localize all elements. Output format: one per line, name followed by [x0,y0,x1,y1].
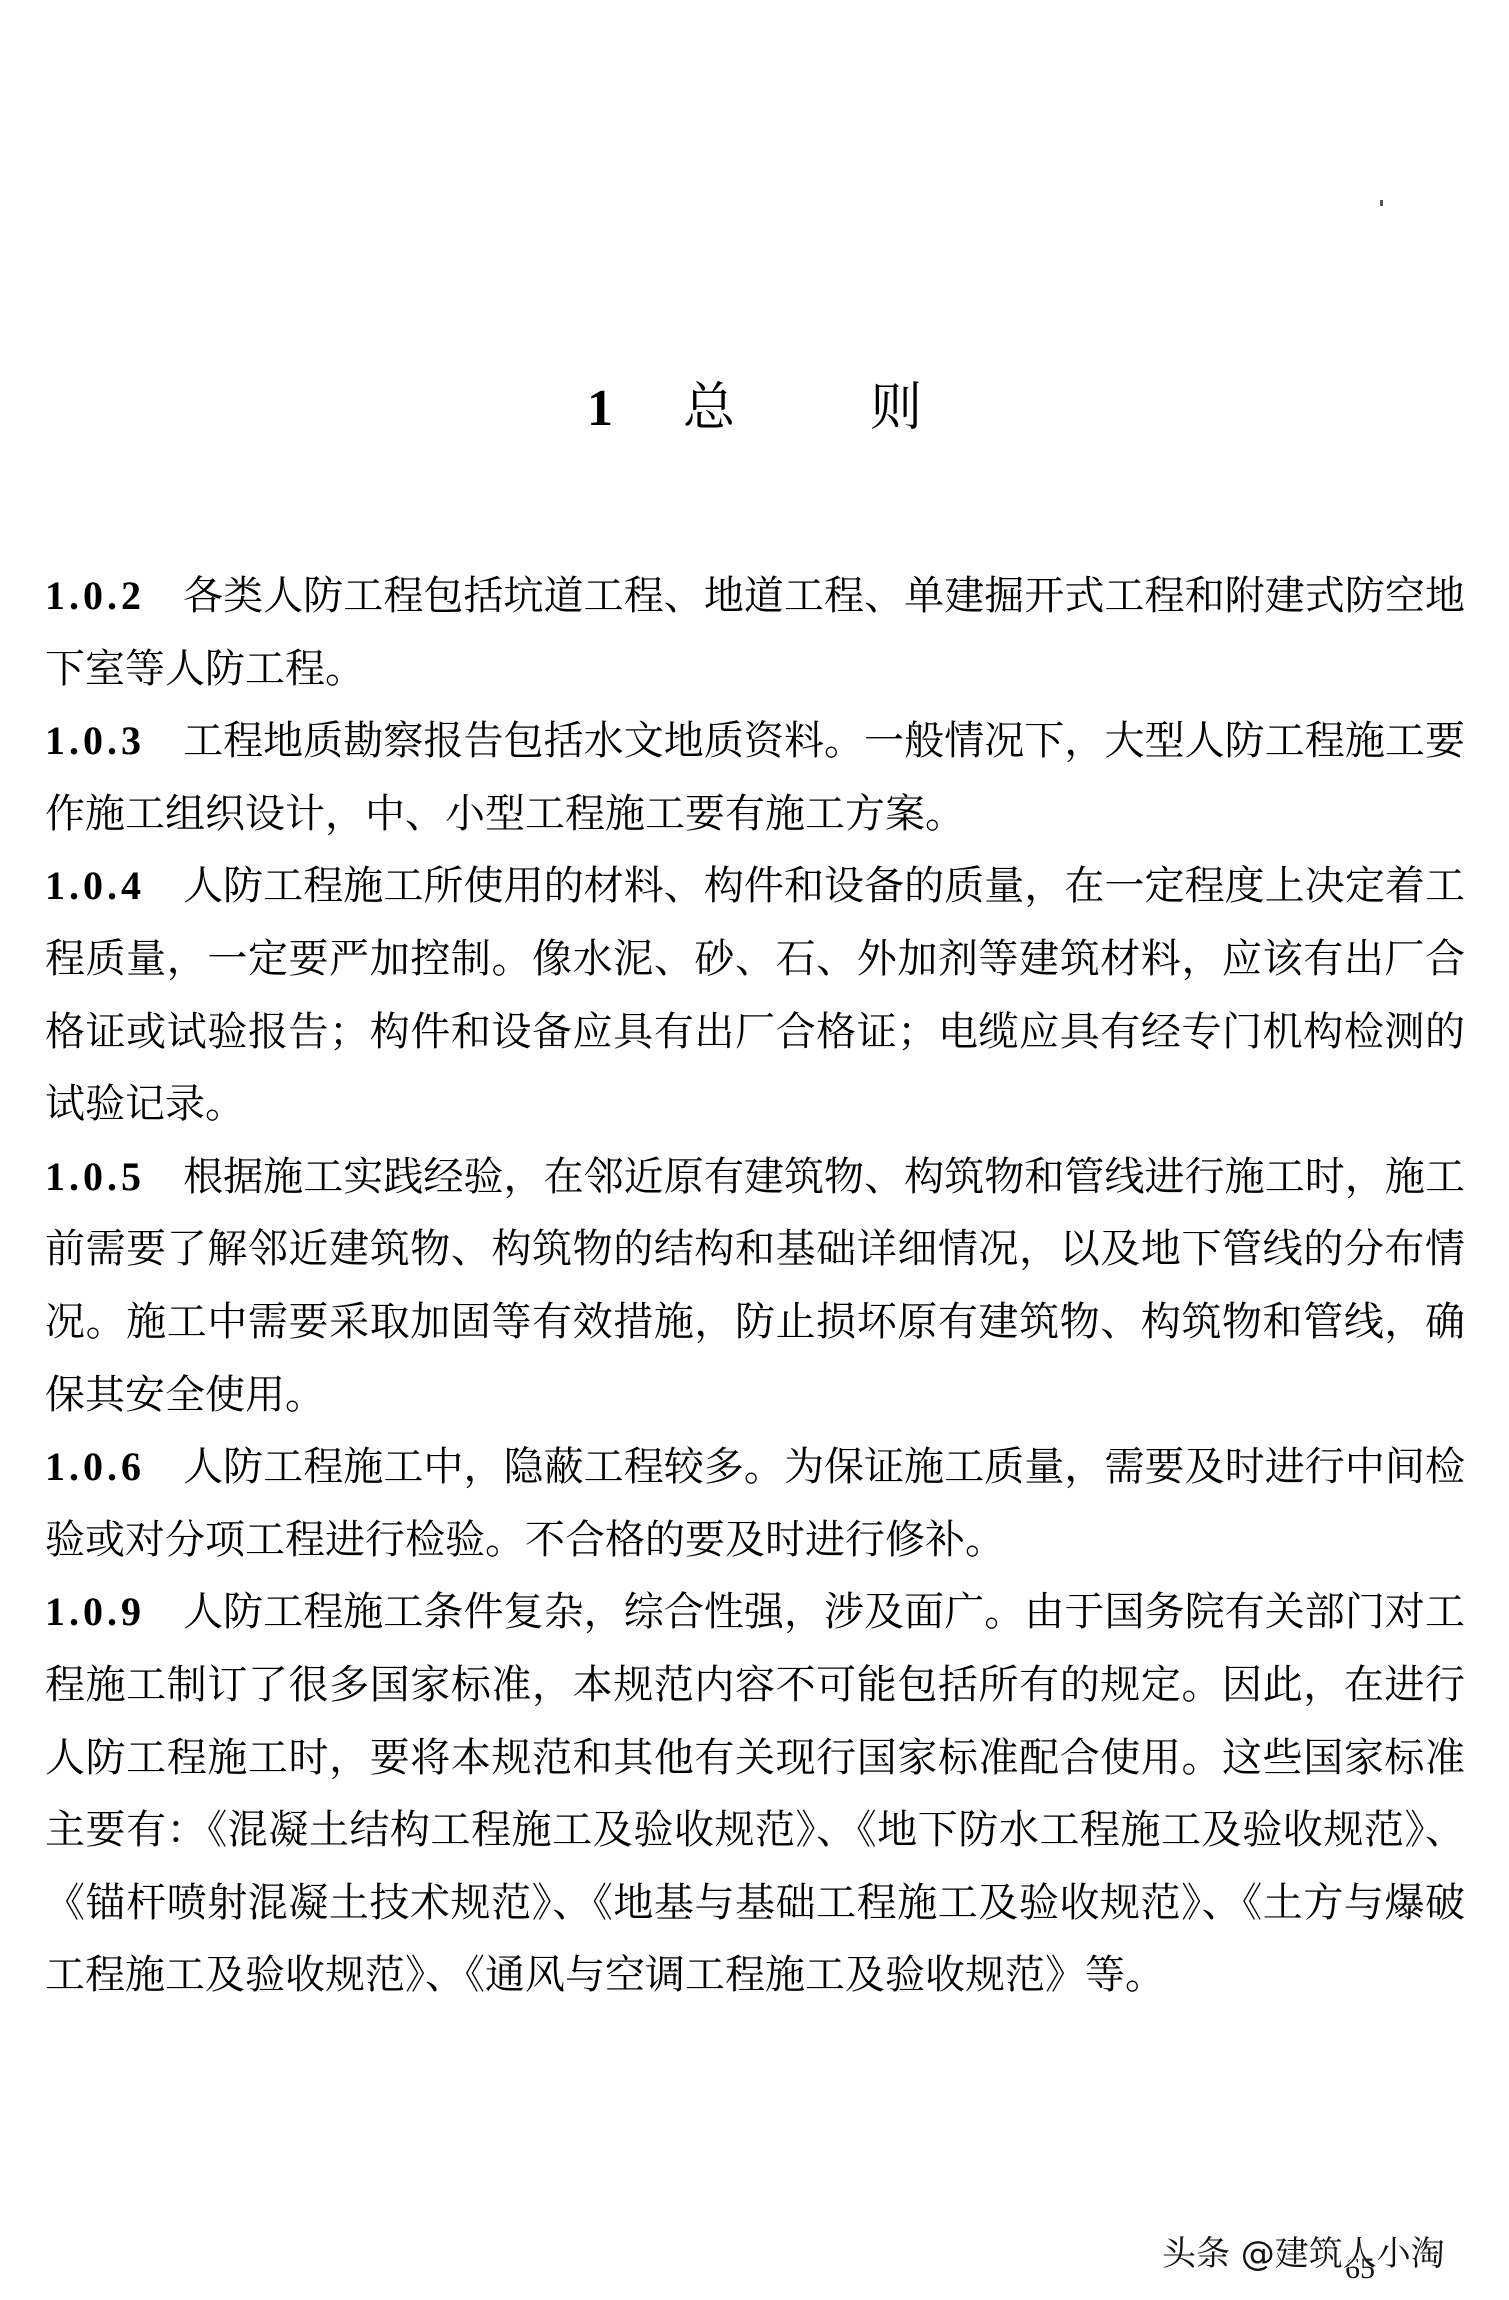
clause-number: 1.0.4 [45,863,145,908]
clause-number: 1.0.9 [45,1589,145,1634]
clause-text: 人防工程施工条件复杂，综合性强，涉及面广。由于国务院有关部门对工程施工制订了很多… [45,1589,1465,1998]
clause-number: 1.0.6 [45,1444,145,1489]
clause-paragraph-1.0.5: 1.0.5根据施工实践经验，在邻近原有建筑物、构筑物和管线进行施工时，施工前需要… [45,1141,1465,1431]
clause-text: 根据施工实践经验，在邻近原有建筑物、构筑物和管线进行施工时，施工前需要了解邻近建… [45,1154,1465,1418]
clause-paragraph-1.0.9: 1.0.9人防工程施工条件复杂，综合性强，涉及面广。由于国务院有关部门对工程施工… [45,1576,1465,2012]
clause-number: 1.0.2 [45,573,145,618]
clause-number: 1.0.3 [45,718,145,763]
clause-text: 工程地质勘察报告包括水文地质资料。一般情况下，大型人防工程施工要作施工组织设计，… [45,718,1465,837]
clause-text: 各类人防工程包括坑道工程、地道工程、单建掘开式工程和附建式防空地下室等人防工程。 [45,573,1465,692]
clause-number: 1.0.5 [45,1154,145,1199]
clause-text: 人防工程施工所使用的材料、构件和设备的质量，在一定程度上决定着工程质量，一定要严… [45,863,1465,1127]
clause-paragraph-1.0.3: 1.0.3工程地质勘察报告包括水文地质资料。一般情况下，大型人防工程施工要作施工… [45,705,1465,850]
document-body: 1.0.2各类人防工程包括坑道工程、地道工程、单建掘开式工程和附建式防空地下室等… [45,560,1465,2012]
clause-paragraph-1.0.4: 1.0.4人防工程施工所使用的材料、构件和设备的质量，在一定程度上决定着工程质量… [45,850,1465,1140]
source-watermark: 头条 @建筑人小淘 [1162,2226,1445,2275]
chapter-title-char-2: 则 [870,365,922,440]
chapter-title: 1总则 [0,365,1509,440]
chapter-number: 1 [587,379,613,438]
clause-text: 人防工程施工中，隐蔽工程较多。为保证施工质量，需要及时进行中间检验或对分项工程进… [45,1444,1465,1563]
scan-speck [1380,200,1383,206]
clause-paragraph-1.0.2: 1.0.2各类人防工程包括坑道工程、地道工程、单建掘开式工程和附建式防空地下室等… [45,560,1465,705]
clause-paragraph-1.0.6: 1.0.6人防工程施工中，隐蔽工程较多。为保证施工质量，需要及时进行中间检验或对… [45,1431,1465,1576]
chapter-title-char-1: 总 [683,365,735,440]
